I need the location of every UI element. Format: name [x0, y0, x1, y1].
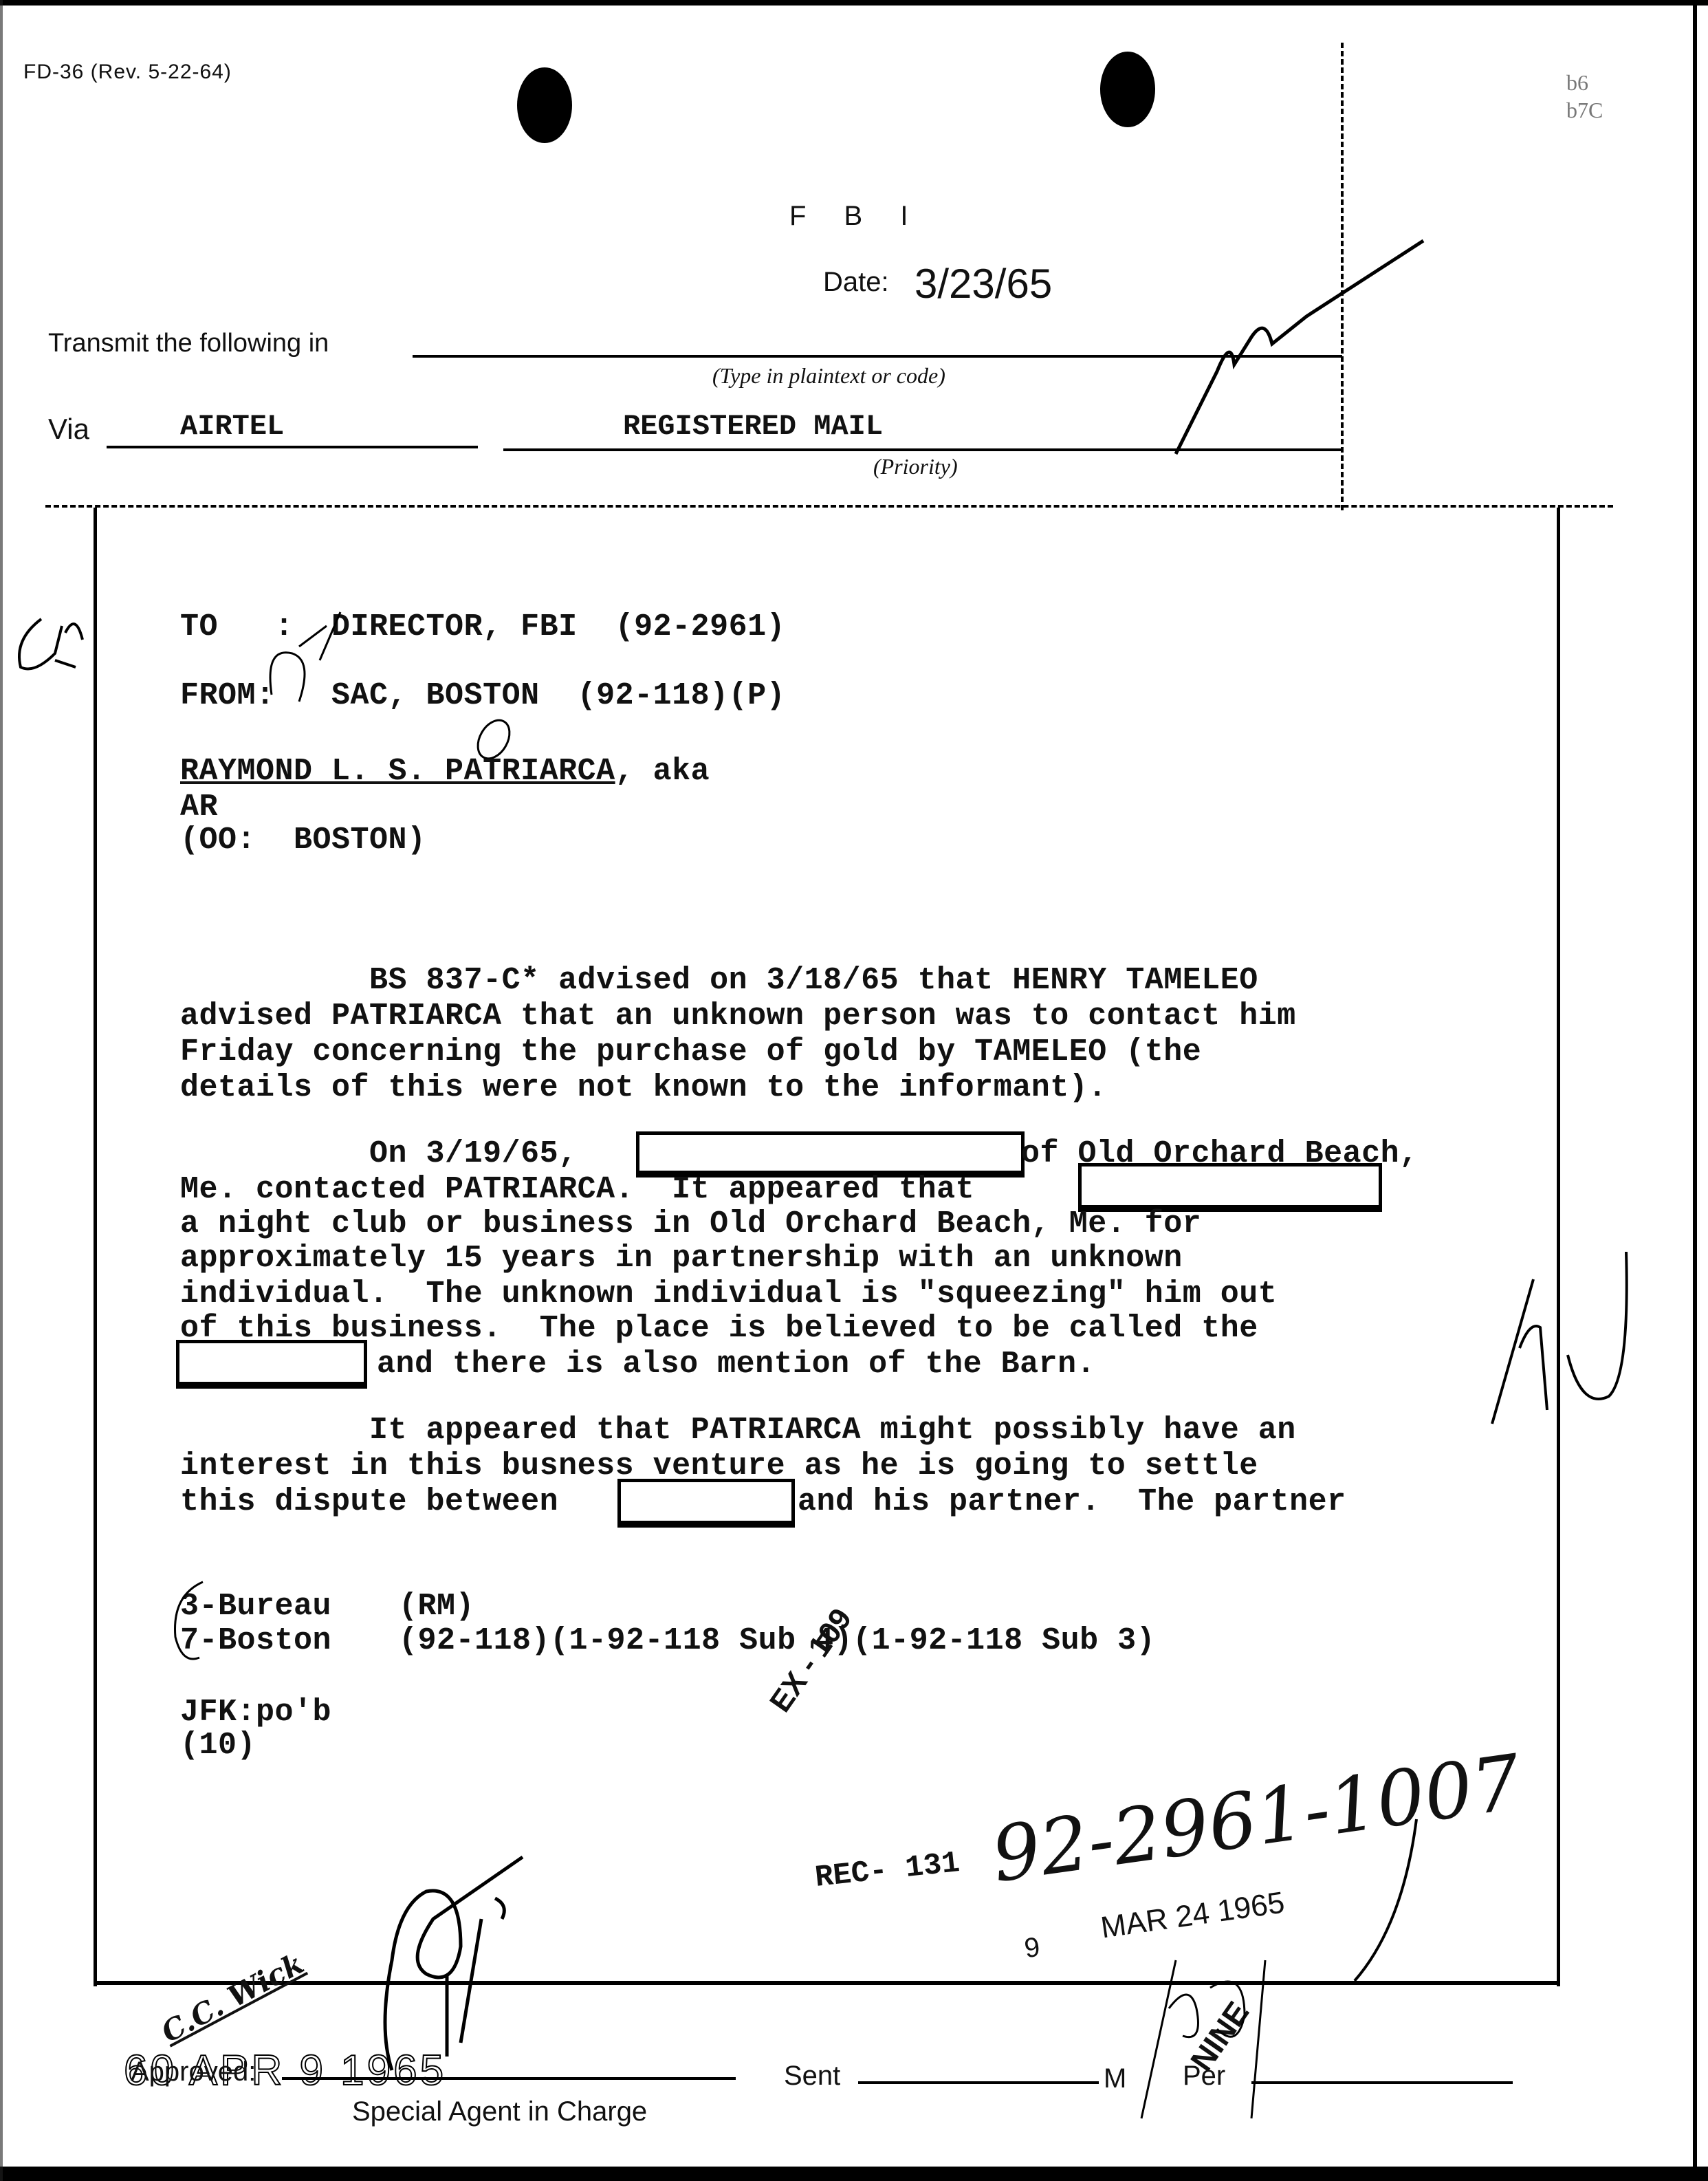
copy-count: (10) [180, 1728, 256, 1764]
content-frame-left [94, 508, 97, 1986]
handwritten-arc-line [1348, 1816, 1430, 1988]
sent-field-line [858, 2081, 1099, 2084]
handwritten-signature [364, 1850, 529, 2077]
redaction-box [176, 1340, 367, 1389]
priority-value: REGISTERED MAIL [623, 410, 883, 443]
received-date-stamp: MAR 24 1965 [1099, 1886, 1287, 1946]
via-label: Via [48, 413, 89, 446]
paragraph-2-line-3: a night club or business in Old Orchard … [180, 1206, 1201, 1242]
subject-character: AR [180, 790, 218, 825]
punch-hole-left [517, 67, 572, 143]
punch-hole-right [1100, 52, 1155, 127]
date-label: Date: [823, 267, 889, 298]
scan-top-edge [0, 0, 1708, 6]
subject-suffix: , aka [615, 754, 710, 789]
paragraph-3-line-3b: and his partner. The partner [798, 1484, 1346, 1520]
paragraph-1-line: advised PATRIARCA that an unknown person… [180, 999, 1296, 1034]
agency-title: F B I [789, 201, 923, 232]
subject-name: RAYMOND L. S. PATRIARCA [180, 754, 615, 789]
subject-line: RAYMOND L. S. PATRIARCA, aka [180, 754, 710, 790]
transmit-label: Transmit the following in [48, 329, 329, 358]
redaction-box [636, 1131, 1025, 1178]
paragraph-1-line: BS 837-C* advised on 3/18/65 that HENRY … [180, 963, 1296, 999]
paragraph-2-line-5: individual. The unknown individual is "s… [180, 1277, 1277, 1312]
approved-signature-line [282, 2077, 736, 2080]
file-number-handwritten: 92-2961-1007 [987, 1738, 1526, 1900]
exemption-code-b6: b6 [1566, 69, 1603, 96]
paragraph-1-line: details of this were not known to the in… [180, 1070, 1296, 1106]
content-frame-bottom [94, 1981, 1560, 1985]
form-code: FD-36 (Rev. 5-22-64) [23, 61, 232, 84]
initial-stamp-wick: C.C. Wick [156, 1946, 309, 2050]
typist-initials: JFK:po'b [180, 1695, 331, 1730]
via-value: AIRTEL [180, 410, 284, 443]
scan-right-edge [1693, 0, 1697, 2181]
handwritten-initial-mark [1169, 234, 1430, 461]
exemption-codes: b6 b7C [1566, 69, 1603, 124]
margin-handwritten-note [7, 605, 89, 681]
date-value: 3/23/65 [915, 260, 1052, 307]
distribution-bureau-ref: (RM) [399, 1589, 474, 1625]
paragraph-2-line-2a: Me. contacted PATRIARCA. It appeared tha… [180, 1172, 974, 1208]
priority-hint: (Priority) [873, 454, 958, 479]
scan-bottom-edge [0, 2167, 1708, 2181]
distribution-boston-ref: (92-118)(1-92-118 Sub 4)(1-92-118 Sub 3) [399, 1623, 1155, 1659]
approved-label: Approved: [131, 2057, 256, 2087]
sac-label: Special Agent in Charge [352, 2096, 647, 2127]
office-of-origin: (OO: BOSTON) [180, 823, 426, 858]
form-horizontal-divider [45, 505, 1613, 508]
via-field-line [107, 446, 478, 448]
scan-left-edge [0, 0, 3, 2181]
paragraph-3-line-3a: this dispute between [180, 1484, 558, 1520]
paragraph-1: BS 837-C* advised on 3/18/65 that HENRY … [180, 963, 1296, 1106]
rec-stamp: REC- 131 [813, 1846, 961, 1896]
handwritten-initials-bottom [1128, 1946, 1293, 2125]
paragraph-1-line: Friday concerning the purchase of gold b… [180, 1034, 1296, 1070]
ex-stamp: EX - 109 [763, 1603, 859, 1719]
redaction-box [617, 1479, 795, 1528]
transmit-hint: (Type in plaintext or code) [712, 363, 945, 389]
exemption-code-b7c: b7C [1566, 96, 1603, 124]
paragraph-3-line-1: It appeared that PATRIARCA might possibl… [180, 1413, 1296, 1448]
m-label: M [1104, 2063, 1126, 2094]
redaction-box [1078, 1163, 1382, 1212]
paragraph-2-line-4: approximately 15 years in partnership wi… [180, 1241, 1183, 1277]
paragraph-2-line-1a: On 3/19/65, [180, 1136, 578, 1172]
handwritten-initial-jfh [258, 605, 368, 708]
sent-label: Sent [784, 2061, 840, 2092]
margin-handwritten-scrawl [1478, 1238, 1643, 1431]
handwritten-circle-copies [165, 1575, 220, 1671]
paragraph-2-line-7b: and there is also mention of the Barn. [377, 1347, 1095, 1382]
received-stamp-prefix: 9 [1022, 1932, 1042, 1965]
